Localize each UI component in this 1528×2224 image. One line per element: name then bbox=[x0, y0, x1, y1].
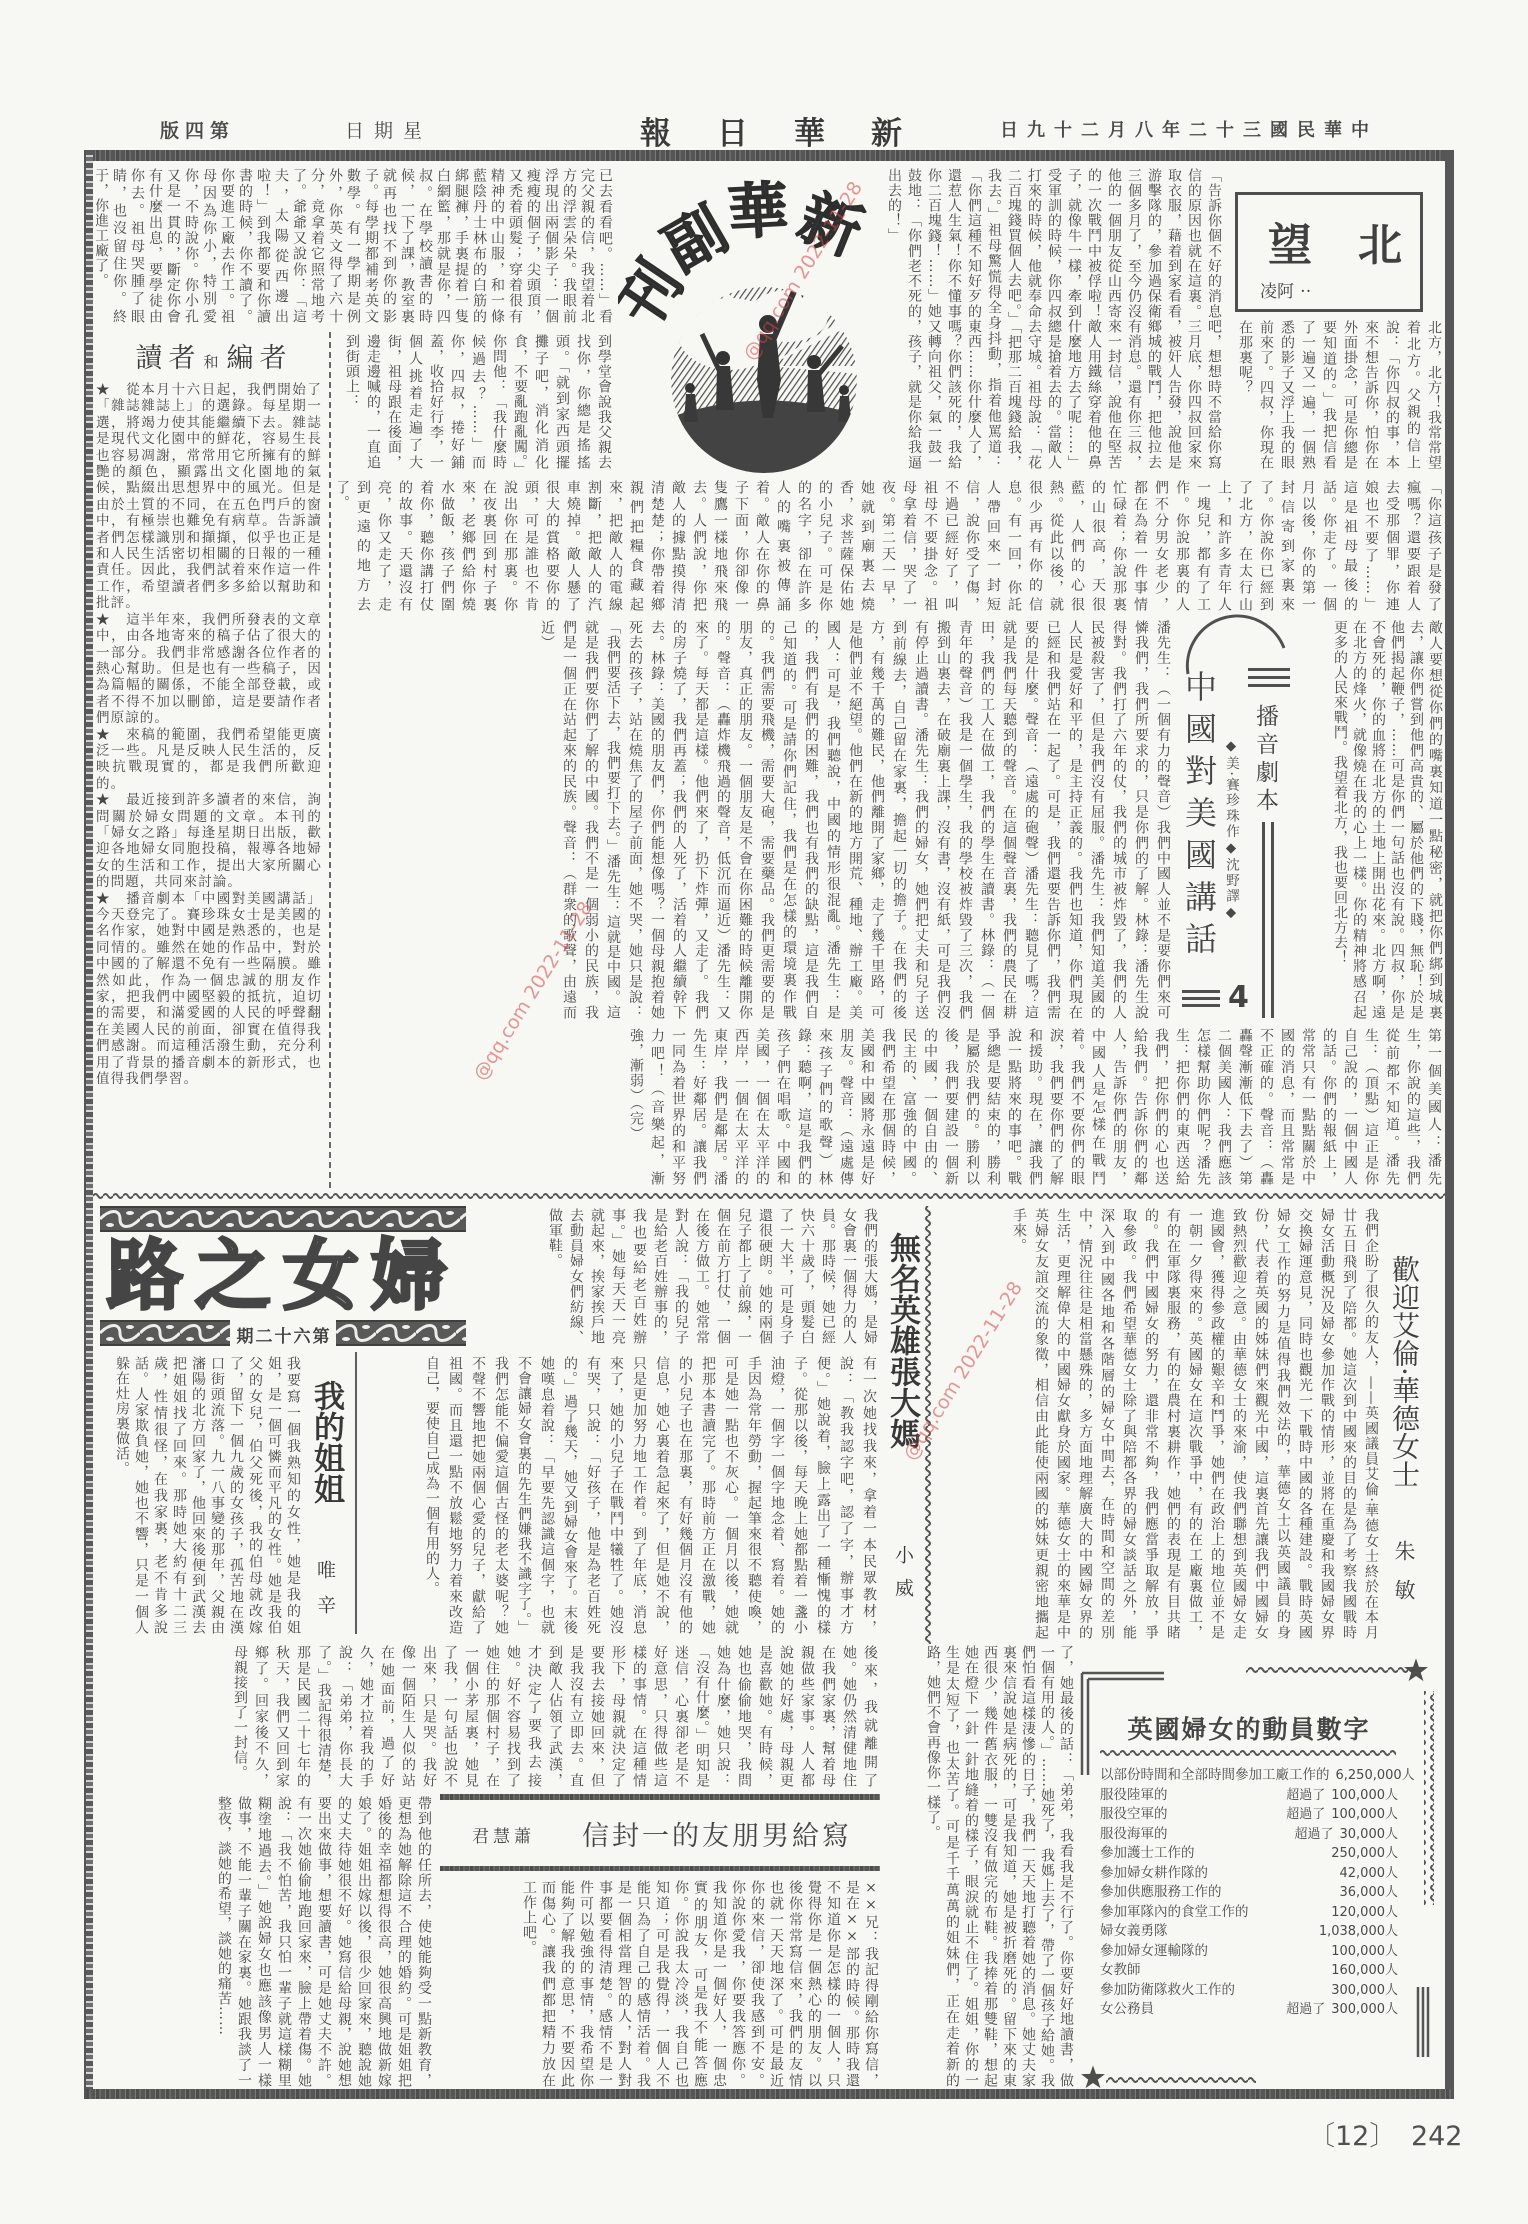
row-label: 參加防衛隊救火工作的 bbox=[1100, 1981, 1235, 2000]
heading-char: 讀 bbox=[135, 343, 168, 374]
issue-number: 第六十二期 bbox=[236, 1322, 332, 1347]
heading-char: 者 bbox=[260, 343, 287, 374]
star-icon bbox=[1404, 1658, 1428, 1681]
row-value: 36,000人 bbox=[1340, 1885, 1399, 1900]
bar-ornament-icon bbox=[1182, 997, 1220, 1000]
sister-article-text: 帶到他的任所去，使她能夠受一點新教育，更想為她解除這不合理的婚約。可是姐姐把婚後… bbox=[96, 1796, 434, 2088]
story-author: 阿凌 bbox=[1260, 277, 1294, 302]
diamond-icon: ◆ bbox=[1223, 738, 1239, 756]
heading-char: 和 bbox=[203, 353, 226, 371]
editor-note-paragraph: ★ 來稿的範圍，我們希望能更廣泛一些。凡是反映人民生活的，反映抗戰現實的，都是我… bbox=[96, 727, 322, 793]
bar-ornament-icon bbox=[1182, 990, 1220, 993]
story-title: 北望 bbox=[1268, 209, 1448, 273]
frame-left-border bbox=[84, 150, 93, 2099]
radio-play-author: 美·賽珍珠作 bbox=[1223, 756, 1239, 840]
row-qualifier: 超過了 bbox=[1286, 1788, 1325, 1803]
bar-ornament-icon bbox=[1248, 668, 1290, 671]
row-qualifier: 超過了 bbox=[1294, 1827, 1333, 1842]
sister-article-title: 我的姐姐 bbox=[308, 1380, 344, 1504]
story-title-box: 北望 阿凌 ‥ bbox=[1235, 192, 1423, 312]
radio-play-title-block: 中國對美國講話 播音劇本 ◆美·賽珍珠作◆沈野譯◆ 4 bbox=[1178, 608, 1294, 1022]
edition-label: 第四版 bbox=[160, 116, 235, 143]
story-text-block: 「你這孩子是發了瘋嗎？還要跟着人去受那個罪，你連娘也不要了……」這是祖母最後的話… bbox=[338, 480, 1444, 612]
table-row: 參加軍隊內的食堂工作的120,000人 bbox=[1100, 1903, 1398, 1922]
bar-ornament-icon bbox=[1248, 676, 1290, 679]
table-row: 服役陸軍的超過了100,000人 bbox=[1100, 1786, 1398, 1805]
row-label: 服役空軍的 bbox=[1100, 1805, 1168, 1824]
sister-article-text: 了，她最後的話：「弟弟，我看我是不行了。你要好好地讀書，做一個有用的人。」……她… bbox=[885, 1645, 1075, 2088]
row-value: 100,000人 bbox=[1331, 1807, 1398, 1822]
row-value: 250,000人 bbox=[1331, 1846, 1398, 1861]
bar-ornament-icon bbox=[1182, 1004, 1220, 1007]
row-label: 服役陸軍的 bbox=[1100, 1786, 1168, 1805]
page-number: 〔12〕 242 bbox=[1308, 2114, 1463, 2153]
story-text-block: 已去看看吧。……」看完父親的信，我望着北方的浮雲朵朵。我眼前浮現出兩個影子：一個… bbox=[96, 168, 614, 324]
frame-right-border bbox=[1445, 150, 1454, 2099]
welcome-article-text: 我們企盼了很久的友人，——英國議員艾倫·華德女士終於在本月廿五日飛到了陪都。她這… bbox=[934, 1208, 1382, 1640]
wavy-underline bbox=[1100, 1748, 1396, 1758]
letter-title: 寫給男朋友的一封信 bbox=[588, 1814, 852, 1853]
row-label: 參加護士工作的 bbox=[1100, 1844, 1195, 1863]
story-text-block: 「告訴你個不好的消息吧，想想時不當給你寫信的原因也就在這裏。三月底，你四叔回家來… bbox=[888, 168, 1224, 470]
rule-ornament-icon bbox=[1271, 822, 1274, 1018]
radio-play-translator: 沈野譯 bbox=[1223, 858, 1239, 905]
editor-note-heading: 讀者和編者 bbox=[96, 336, 326, 372]
row-label: 參加婦女耕作隊的 bbox=[1100, 1864, 1208, 1883]
star-icon bbox=[1081, 2065, 1105, 2088]
row-value: 30,000人 bbox=[1340, 1827, 1399, 1842]
column-rule bbox=[355, 1352, 357, 1634]
editor-note-paragraph: ★ 這半年來，我們所發表的文章中，由各地寄來的稿子佔了很大的一部分。我們非常感謝… bbox=[96, 612, 322, 727]
wavy-divider bbox=[93, 1191, 1445, 1201]
row-value: 100,000人 bbox=[1331, 1788, 1398, 1803]
row-value: 100,000人 bbox=[1331, 1944, 1398, 1959]
table-row: 參加婦女運輸隊的100,000人 bbox=[1100, 1942, 1398, 1961]
row-value: 42,000人 bbox=[1340, 1866, 1399, 1881]
diamond-icon: ◆ bbox=[1223, 904, 1239, 922]
hero-article-title: 無名英雄張大媽 bbox=[884, 1232, 920, 1449]
story-ending-text: 敵人要想從你們的嘴裏知道一點秘密，就把你們綁到城裏去，讓你們嘗到他們高貴的、屬於… bbox=[1296, 620, 1444, 1020]
column-divider bbox=[329, 332, 331, 1188]
table-row: 參加護士工作的250,000人 bbox=[1100, 1844, 1398, 1863]
issue-date: 中華民國三十二年八月二十九日 bbox=[1000, 116, 1378, 142]
radio-play-part-number: 4 bbox=[1228, 980, 1249, 1015]
row-label: 參加婦女運輸隊的 bbox=[1100, 1942, 1208, 1961]
story-byline: 阿凌 ‥ bbox=[1260, 277, 1315, 302]
byline-dots-icon: ‥ bbox=[1300, 277, 1315, 302]
row-label: 女教師 bbox=[1100, 1961, 1141, 1980]
row-label: 女公務員 bbox=[1100, 2000, 1154, 2019]
row-value: 120,000人 bbox=[1331, 1905, 1398, 1920]
row-label: 婦女義勇隊 bbox=[1100, 1922, 1168, 1941]
row-label: 參加供應服務工作的 bbox=[1100, 1883, 1222, 1902]
masthead-title: 新華日報 bbox=[640, 108, 948, 153]
row-value: 300,000人 bbox=[1331, 1983, 1398, 1998]
letter-text: ××兄：我記得剛給你寫信，是在××部的時候。那時我還不知道你是怎樣的一個人，只覺… bbox=[440, 1880, 880, 2088]
row-label: 以部份時間和全部時間參加工廠工作的 bbox=[1100, 1766, 1330, 1785]
frame-top-rule bbox=[86, 150, 1454, 161]
row-value: 300,000人 bbox=[1331, 2002, 1398, 2017]
table-row: 服役海軍的超過了30,000人 bbox=[1100, 1825, 1398, 1844]
row-label: 服役海軍的 bbox=[1100, 1825, 1168, 1844]
letter-heading-rule bbox=[440, 1794, 880, 1800]
story-text-block: 北方，北方！我常常望着北方。父親的信上說：「你四叔的事，本來不想告訴你，怕你在外… bbox=[1234, 320, 1444, 470]
editor-note-body: ★ 從本月十六日起，我們開始了「雜誌雜誌上」的選錄。每星期一選，將竭力使其能繼續… bbox=[96, 382, 322, 1186]
table-row: 女公務員超過了300,000人 bbox=[1100, 2000, 1398, 2019]
letter-author: 蕭慧君 bbox=[472, 1822, 535, 1847]
editor-note-paragraph: ★ 最近接到許多讀者的來信，詢問關於婦女問題的文章。本刊的「婦女之路」每逢星期日… bbox=[96, 792, 322, 890]
table-row: 女教師160,000人 bbox=[1100, 1961, 1398, 1980]
womens-page-title: 婦女之路 bbox=[100, 1234, 466, 1318]
welcome-article-author: 朱敏 bbox=[1392, 1540, 1416, 1618]
logo-char: 華 bbox=[726, 175, 790, 248]
radio-play-title: 中國對美國講話 bbox=[1182, 670, 1216, 964]
ornament-band-icon bbox=[100, 1320, 230, 1346]
sister-article-text: 後來，我就離開了她。她仍然清健地住在我們家裏，幫着母親做些家事。人人都說她的好處… bbox=[96, 1645, 880, 1788]
ornament-band-icon bbox=[100, 1206, 466, 1232]
row-value: 160,000人 bbox=[1331, 1963, 1398, 1978]
row-qualifier: 超過了 bbox=[1286, 1807, 1325, 1822]
radio-play-series: 播音劇本 bbox=[1252, 704, 1278, 816]
table-row: 服役空軍的超過了100,000人 bbox=[1100, 1805, 1398, 1824]
hero-article-author: 小威 bbox=[892, 1545, 914, 1611]
table-row: 以部份時間和全部時間參加工廠工作的6,250,000人 bbox=[1100, 1766, 1398, 1785]
sister-article-author: 唯辛 bbox=[314, 1560, 336, 1630]
hero-article-text: 有一次她找我來，拿着一本民眾教材，說：「教我認字吧，認了字，辦事才方便。」她說着… bbox=[362, 1356, 880, 1635]
story-text-block: 到學堂會說我父親去找你，你總是搖搖頭。「就到家西頭擺攤子吧，消化消化食，不要亂跑… bbox=[338, 334, 614, 470]
sister-article-text: 我要寫一個我熟知的女性，她是我的姐姐，是一個可憐而平凡的女性。她是我伯父的女兒，… bbox=[96, 1356, 302, 1635]
editor-note-paragraph: ★ 播音劇本「中國對美國講話」今天登完了。賽珍珠女士是美國的名作家，她對中國是熟… bbox=[96, 891, 322, 1088]
frame-bottom-rule bbox=[86, 2089, 1454, 2099]
table-row: 參加供應服務工作的36,000人 bbox=[1100, 1883, 1398, 1902]
row-value: 6,250,000人 bbox=[1336, 1768, 1415, 1783]
radio-play-text: 潘先生：（一個有力的聲音）我們中國人並不是要你們來可憐我們，我們所要求的，只是你… bbox=[338, 620, 1174, 1020]
letter-heading-rule bbox=[440, 1866, 880, 1871]
volume-mark: 〔12〕 bbox=[1308, 2121, 1396, 2152]
newspaper-page: 第四版 星期日 新華日報 中華民國三十二年八月二十九日 已去看看吧。……」看完父… bbox=[0, 0, 1528, 2224]
table-row: 婦女義勇隊1,038,000人 bbox=[1100, 1922, 1398, 1941]
hero-article-text: 我們的張大媽，是婦女會裏一個得力的人員。那時候，她已經快六十歲了，頭髮白了一大半… bbox=[472, 1208, 880, 1345]
womens-page-masthead: 婦女之路 第六十二期 bbox=[100, 1206, 466, 1346]
heading-char: 編 bbox=[227, 343, 260, 374]
radio-play-credits: ◆美·賽珍珠作◆沈野譯◆ bbox=[1222, 738, 1240, 922]
rule-ornament-icon bbox=[1262, 822, 1265, 1018]
editor-note-paragraph: ★ 從本月十六日起，我們開始了「雜誌雜誌上」的選錄。每星期一選，將竭力使其能繼續… bbox=[96, 382, 322, 612]
page-value: 242 bbox=[1411, 2121, 1463, 2152]
row-label: 參加軍隊內的食堂工作的 bbox=[1100, 1903, 1249, 1922]
diamond-icon: ◆ bbox=[1223, 840, 1239, 858]
table-row: 參加防衛隊救火工作的300,000人 bbox=[1100, 1981, 1398, 2000]
weekday-label: 星期日 bbox=[345, 116, 432, 143]
table-row: 參加婦女耕作隊的42,000人 bbox=[1100, 1864, 1398, 1883]
bar-ornament-icon bbox=[1248, 684, 1290, 687]
row-qualifier: 超過了 bbox=[1286, 2002, 1325, 2017]
heading-char: 者 bbox=[168, 343, 203, 374]
row-value: 1,038,000人 bbox=[1319, 1924, 1398, 1939]
welcome-article-title: 歡迎艾倫·華德女士 bbox=[1388, 1255, 1420, 1488]
ornament-band-icon bbox=[336, 1320, 466, 1346]
table-title: 英國婦女的動員數字 bbox=[1104, 1710, 1394, 1746]
